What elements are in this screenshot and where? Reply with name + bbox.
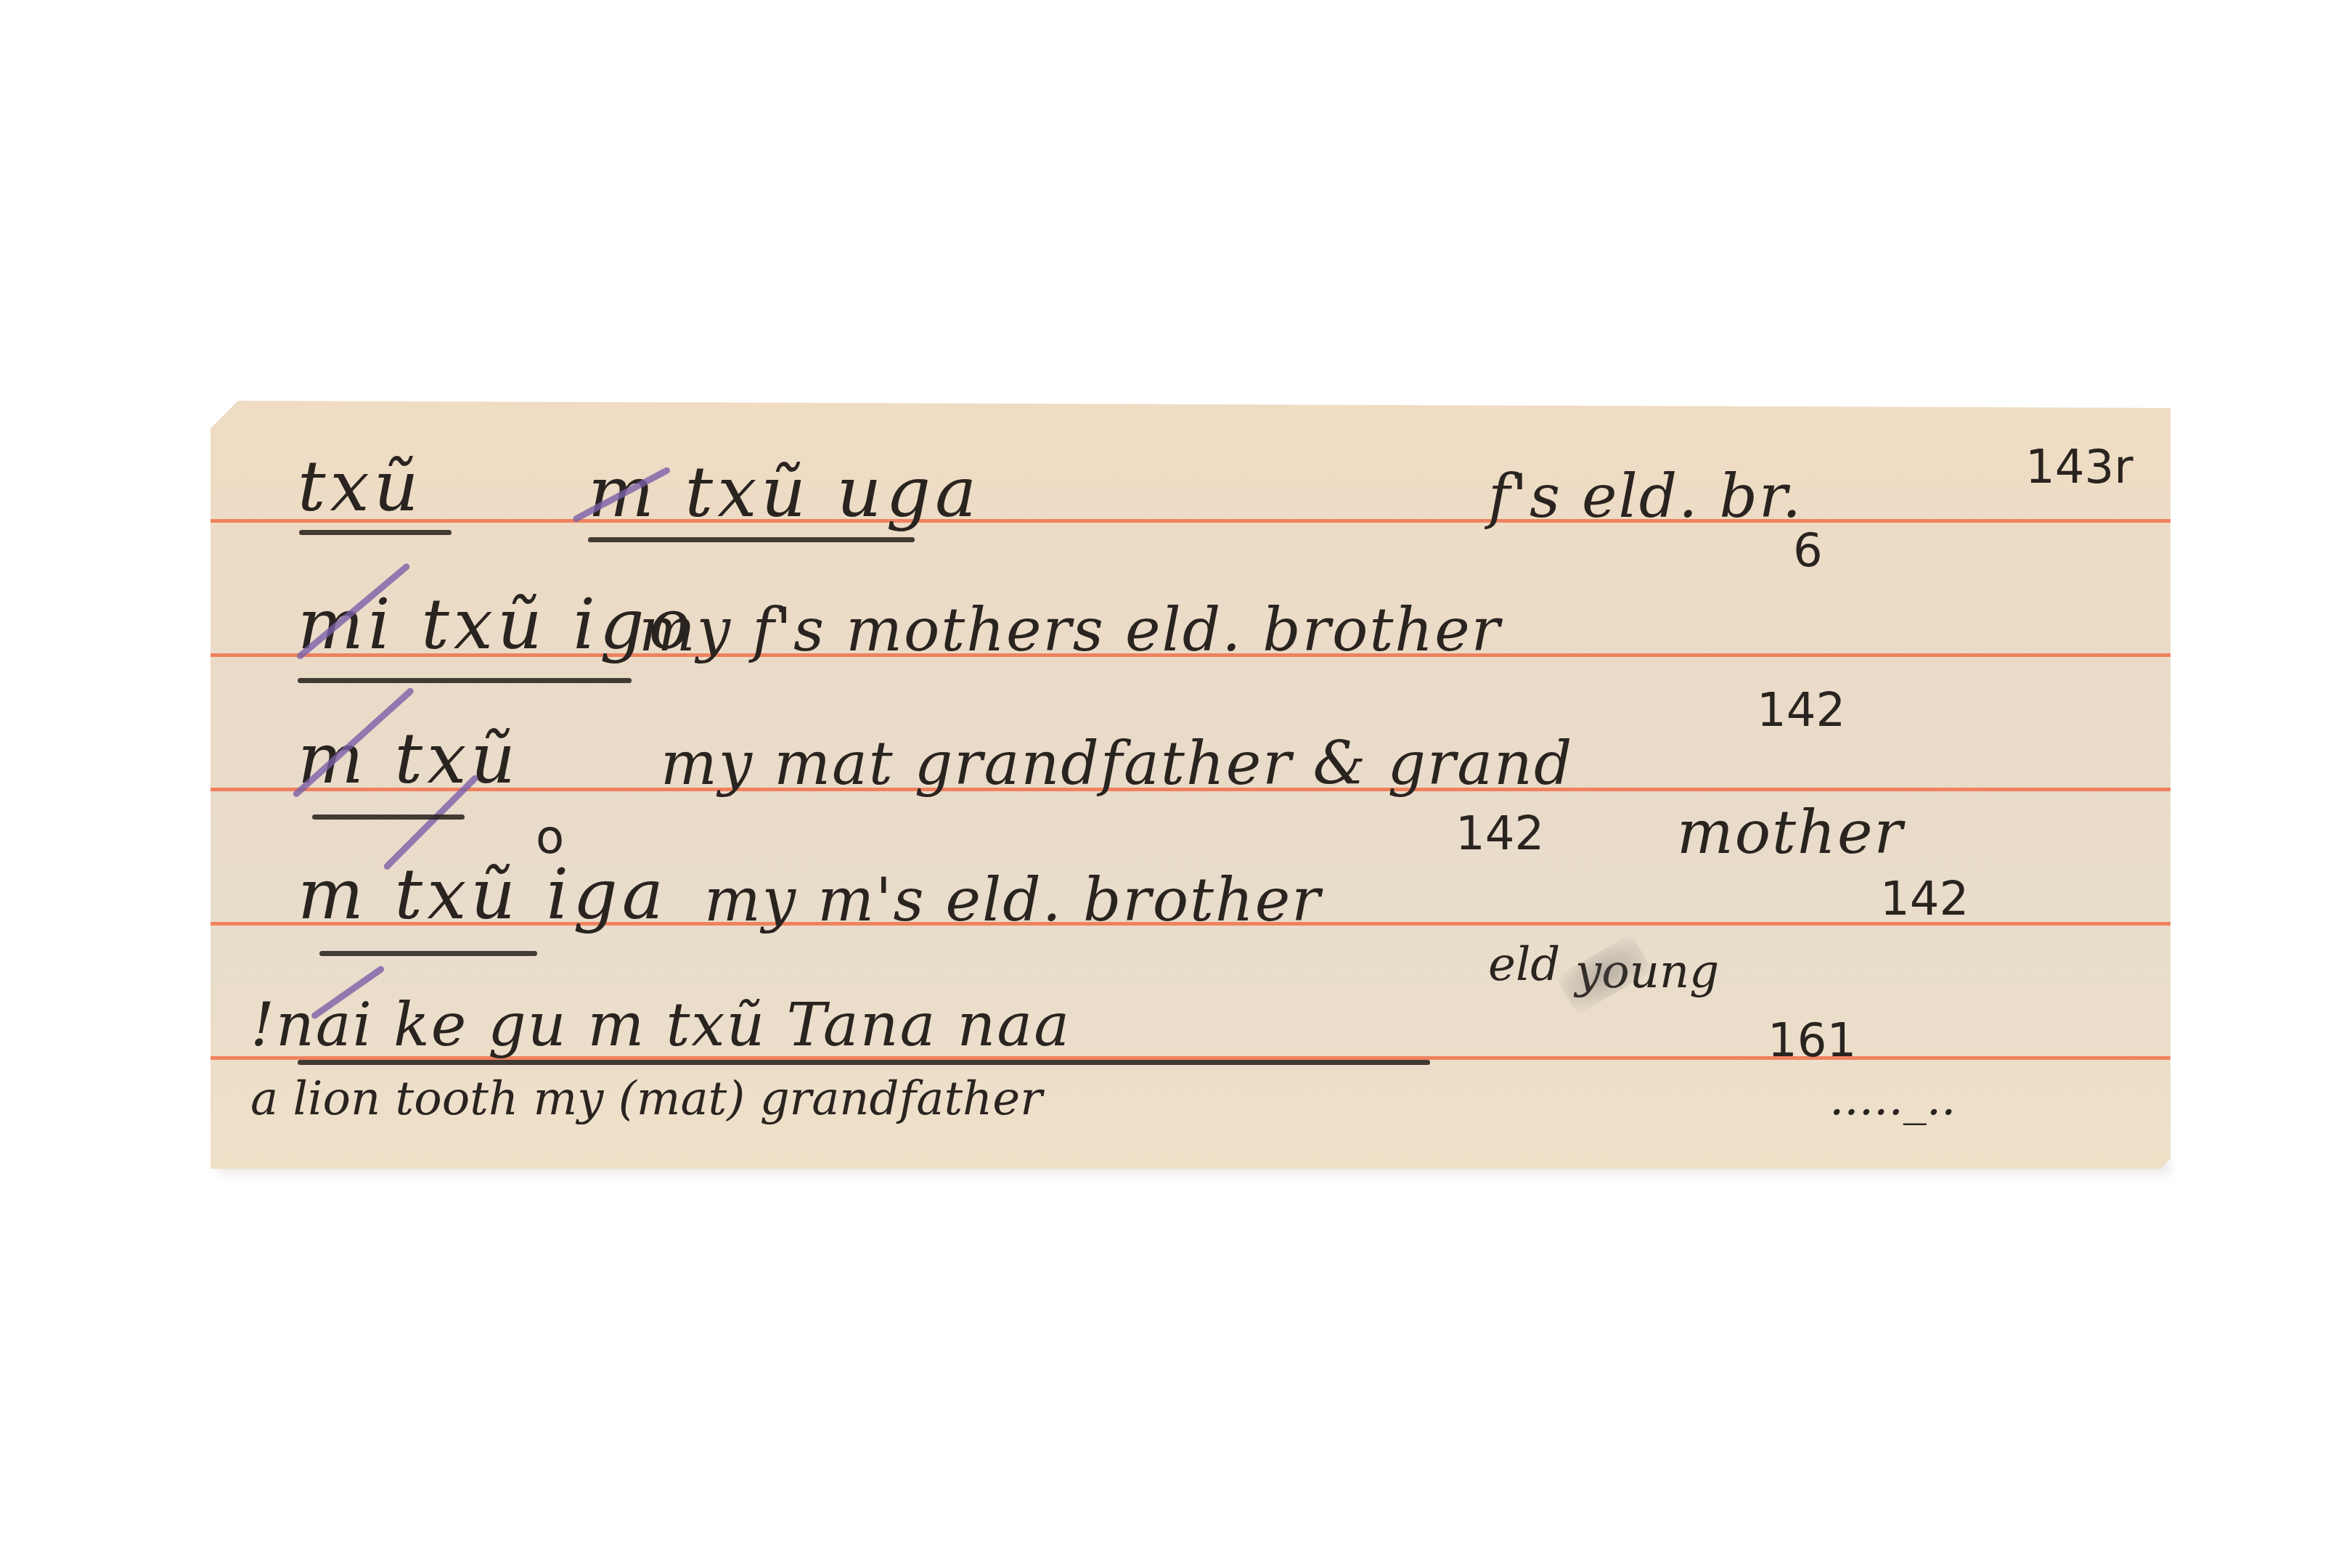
form-underline <box>298 678 632 683</box>
page-reference: 142 <box>1757 687 1845 734</box>
entry-form: m txũ uga <box>588 457 981 527</box>
index-card: txũ m txũ uga f's eld. br. 6 143r mi txũ… <box>211 401 2171 1169</box>
insertion-note: eld <box>1488 942 1560 988</box>
headword: txũ <box>298 452 423 521</box>
entry-form: mi txũ igo <box>298 589 695 659</box>
page-reference: 161 <box>1768 1018 1856 1064</box>
ruled-line <box>211 519 2171 523</box>
page-reference: 143r <box>2025 444 2133 491</box>
translation: a lion tooth my (mat) grandfather <box>250 1076 1042 1122</box>
page-reference: 142 <box>1880 876 1969 923</box>
gloss: my mat grandfather & grand <box>661 735 1573 794</box>
form-underline <box>319 951 537 956</box>
form-underline <box>312 814 465 820</box>
gloss: my f's mothers eld. brother <box>639 601 1501 661</box>
gloss-continuation: mother <box>1677 804 1904 863</box>
headword-underline <box>299 530 452 535</box>
trailing-dots: ....._.. <box>1829 1076 1956 1122</box>
page-reference: 142 <box>1455 811 1544 857</box>
subscript-note: 6 <box>1793 528 1823 574</box>
form-underline <box>588 537 915 542</box>
entry-form: m txũ iga <box>298 859 668 929</box>
gloss: my m's eld. brother <box>704 871 1322 931</box>
entry-form: !nai ke gu m txũ Tana naa <box>250 996 1071 1055</box>
form-underline <box>298 1060 1430 1065</box>
gloss: f's eld. br. <box>1488 467 1802 527</box>
